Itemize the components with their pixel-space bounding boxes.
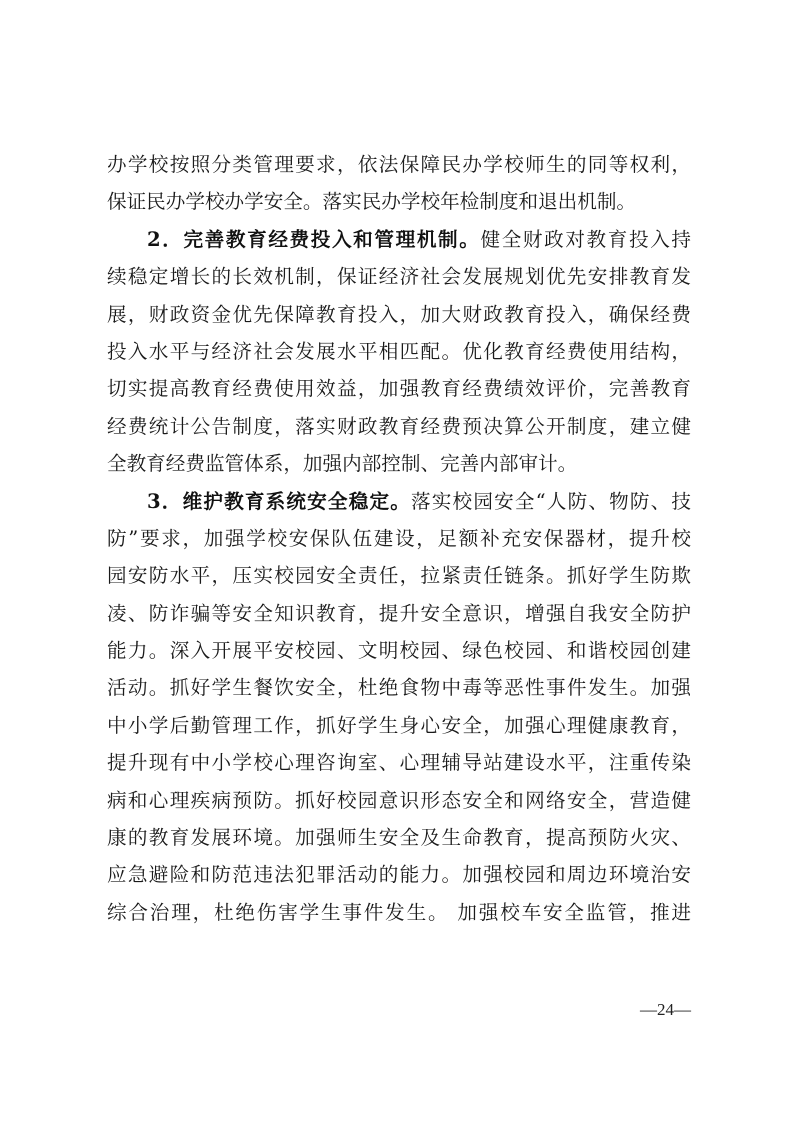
- text-line: 凌、防诈骗等安全知识教育，提升安全意识，增强自我安全防护: [107, 595, 691, 632]
- text-line: 投入水平与经济社会发展水平相匹配。优化教育经费使用结构，: [107, 333, 691, 370]
- text-line: 病和心理疾病预防。抓好校园意识形态安全和网络安全，营造健: [107, 782, 691, 819]
- section-heading-line: 2．完善教育经费投入和管理机制。健全财政对教育投入持: [107, 221, 691, 258]
- text-line: 全教育经费监管体系，加强内部控制、完善内部审计。: [107, 445, 691, 482]
- text-line: 综合治理，杜绝伤害学生事件发生。 加强校车安全监管，推进: [107, 894, 691, 931]
- document-page: 办学校按照分类管理要求，依法保障民办学校师生的同等权利， 保证民办学校办学安全。…: [0, 0, 793, 1122]
- text-line: 保证民办学校办学安全。落实民办学校年检制度和退出机制。: [107, 183, 691, 220]
- text-line: 提升现有中小学校心理咨询室、心理辅导站建设水平，注重传染: [107, 744, 691, 781]
- text-line: 中小学后勤管理工作，抓好学生身心安全，加强心理健康教育，: [107, 707, 691, 744]
- text-line: 康的教育发展环境。加强师生安全及生命教育，提高预防火灾、: [107, 819, 691, 856]
- text-line: 应急避险和防范违法犯罪活动的能力。加强校园和周边环境治安: [107, 856, 691, 893]
- text-line: 经费统计公告制度，落实财政教育经费预决算公开制度，建立健: [107, 408, 691, 445]
- text-line: 能力。深入开展平安校园、文明校园、绿色校园、和谐校园创建: [107, 632, 691, 669]
- text-line: 活动。抓好学生餐饮安全，杜绝食物中毒等恶性事件发生。加强: [107, 669, 691, 706]
- text-line: 切实提高教育经费使用效益，加强教育经费绩效评价，完善教育: [107, 370, 691, 407]
- text-line: 园安防水平，压实校园安全责任，拉紧责任链条。抓好学生防欺: [107, 557, 691, 594]
- body-text: 办学校按照分类管理要求，依法保障民办学校师生的同等权利， 保证民办学校办学安全。…: [107, 146, 691, 931]
- page-number: —24—: [640, 1000, 691, 1020]
- text-line-continuation: 落实校园安全“人防、物防、技: [411, 490, 691, 513]
- section-heading-2: 2．完善教育经费投入和管理机制。: [147, 228, 480, 251]
- section-heading-line: 3．维护教育系统安全稳定。落实校园安全“人防、物防、技: [107, 483, 691, 520]
- section-heading-3: 3．维护教育系统安全稳定。: [147, 490, 411, 513]
- text-line: 办学校按照分类管理要求，依法保障民办学校师生的同等权利，: [107, 146, 691, 183]
- text-line: 展，财政资金优先保障教育投入，加大财政教育投入，确保经费: [107, 296, 691, 333]
- text-line-continuation: 健全财政对教育投入持: [480, 228, 691, 251]
- text-line: 续稳定增长的长效机制，保证经济社会发展规划优先安排教育发: [107, 258, 691, 295]
- text-line: 防”要求，加强学校安保队伍建设，足额补充安保器材，提升校: [107, 520, 691, 557]
